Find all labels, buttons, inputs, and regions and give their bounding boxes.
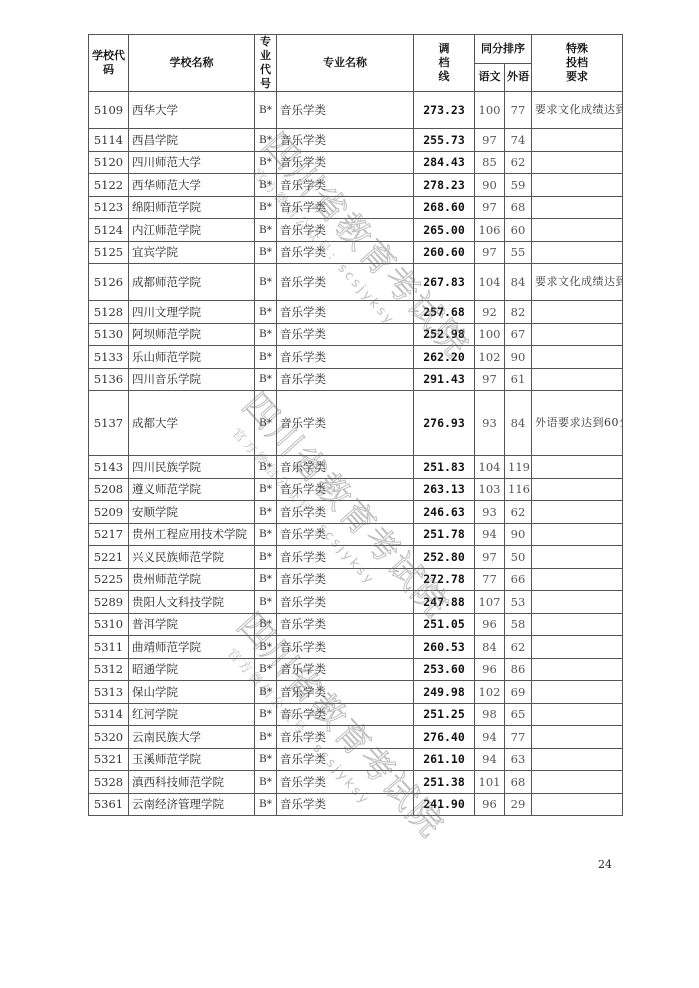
major-name-cell: 音乐学类	[277, 658, 414, 681]
table-row: 5312昭通学院B*音乐学类253.609686	[89, 658, 623, 681]
special-requirement-cell: 要求文化成绩达到省控线上30分	[532, 264, 623, 301]
special-requirement-cell	[532, 368, 623, 391]
cutoff-score-cell: 251.83	[414, 456, 475, 479]
cutoff-score-cell: 272.78	[414, 568, 475, 591]
foreign-rank-cell: 68	[505, 771, 532, 794]
school-name-cell: 四川文理学院	[129, 301, 255, 324]
cutoff-score-cell: 267.83	[414, 264, 475, 301]
major-name-cell: 音乐学类	[277, 301, 414, 324]
major-name-cell: 音乐学类	[277, 368, 414, 391]
table-row: 5136四川音乐学院B*音乐学类291.439761	[89, 368, 623, 391]
major-code-cell: B*	[255, 92, 277, 129]
school-code-cell: 5124	[89, 219, 129, 242]
major-code-cell: B*	[255, 174, 277, 197]
school-name-cell: 四川民族学院	[129, 456, 255, 479]
major-name-cell: 音乐学类	[277, 523, 414, 546]
admissions-table: 学校代码 学校名称 专业代号 专业名称 调档线 同分排序 特殊投档要求 语文 外…	[88, 34, 623, 816]
foreign-rank-cell: 53	[505, 591, 532, 614]
chinese-rank-cell: 100	[475, 323, 505, 346]
foreign-rank-cell: 61	[505, 368, 532, 391]
special-requirement-cell: 外语要求达到60分，要求文化成绩达到省控线上20分	[532, 391, 623, 456]
cutoff-score-cell: 268.60	[414, 196, 475, 219]
header-tie-rank: 同分排序	[475, 35, 532, 64]
chinese-rank-cell: 94	[475, 748, 505, 771]
major-name-cell: 音乐学类	[277, 129, 414, 152]
school-code-cell: 5310	[89, 613, 129, 636]
cutoff-score-cell: 276.93	[414, 391, 475, 456]
table-row: 5314红河学院B*音乐学类251.259865	[89, 703, 623, 726]
major-code-cell: B*	[255, 658, 277, 681]
table-row: 5124内江师范学院B*音乐学类265.0010660	[89, 219, 623, 242]
header-major-name: 专业名称	[277, 35, 414, 92]
chinese-rank-cell: 85	[475, 151, 505, 174]
cutoff-score-cell: 255.73	[414, 129, 475, 152]
school-name-cell: 红河学院	[129, 703, 255, 726]
major-name-cell: 音乐学类	[277, 771, 414, 794]
foreign-rank-cell: 50	[505, 546, 532, 569]
foreign-rank-cell: 62	[505, 636, 532, 659]
school-code-cell: 5289	[89, 591, 129, 614]
major-code-cell: B*	[255, 368, 277, 391]
major-name-cell: 音乐学类	[277, 241, 414, 264]
table-row: 5133乐山师范学院B*音乐学类262.2010290	[89, 346, 623, 369]
special-requirement-cell	[532, 129, 623, 152]
chinese-rank-cell: 97	[475, 129, 505, 152]
header-foreign: 外语	[505, 63, 532, 92]
school-name-cell: 玉溪师范学院	[129, 748, 255, 771]
major-code-cell: B*	[255, 219, 277, 242]
major-name-cell: 音乐学类	[277, 636, 414, 659]
major-name-cell: 音乐学类	[277, 323, 414, 346]
header-school-code: 学校代码	[89, 35, 129, 92]
foreign-rank-cell: 67	[505, 323, 532, 346]
table-row: 5320云南民族大学B*音乐学类276.409477	[89, 726, 623, 749]
major-name-cell: 音乐学类	[277, 456, 414, 479]
special-requirement-cell	[532, 456, 623, 479]
foreign-rank-cell: 29	[505, 793, 532, 816]
chinese-rank-cell: 96	[475, 613, 505, 636]
chinese-rank-cell: 90	[475, 174, 505, 197]
header-school-name: 学校名称	[129, 35, 255, 92]
major-name-cell: 音乐学类	[277, 568, 414, 591]
major-code-cell: B*	[255, 241, 277, 264]
table-row: 5217贵州工程应用技术学院B*音乐学类251.789490	[89, 523, 623, 546]
school-code-cell: 5209	[89, 501, 129, 524]
school-code-cell: 5361	[89, 793, 129, 816]
school-name-cell: 云南民族大学	[129, 726, 255, 749]
major-name-cell: 音乐学类	[277, 703, 414, 726]
major-code-cell: B*	[255, 703, 277, 726]
school-name-cell: 四川师范大学	[129, 151, 255, 174]
major-code-cell: B*	[255, 151, 277, 174]
special-requirement-cell	[532, 681, 623, 704]
chinese-rank-cell: 97	[475, 196, 505, 219]
special-requirement-cell	[532, 151, 623, 174]
cutoff-score-cell: 246.63	[414, 501, 475, 524]
cutoff-score-cell: 251.25	[414, 703, 475, 726]
chinese-rank-cell: 102	[475, 681, 505, 704]
major-code-cell: B*	[255, 129, 277, 152]
major-name-cell: 音乐学类	[277, 219, 414, 242]
chinese-rank-cell: 93	[475, 501, 505, 524]
table-row: 5137成都大学B*音乐学类276.939384外语要求达到60分，要求文化成绩…	[89, 391, 623, 456]
school-code-cell: 5109	[89, 92, 129, 129]
header-cutoff: 调档线	[414, 35, 475, 92]
chinese-rank-cell: 93	[475, 391, 505, 456]
school-name-cell: 贵州工程应用技术学院	[129, 523, 255, 546]
school-code-cell: 5125	[89, 241, 129, 264]
major-code-cell: B*	[255, 323, 277, 346]
special-requirement-cell	[532, 346, 623, 369]
cutoff-score-cell: 251.05	[414, 613, 475, 636]
school-name-cell: 绵阳师范学院	[129, 196, 255, 219]
special-requirement-cell	[532, 726, 623, 749]
school-name-cell: 成都师范学院	[129, 264, 255, 301]
table-row: 5123绵阳师范学院B*音乐学类268.609768	[89, 196, 623, 219]
major-name-cell: 音乐学类	[277, 478, 414, 501]
major-name-cell: 音乐学类	[277, 726, 414, 749]
major-code-cell: B*	[255, 478, 277, 501]
table-row: 5109西华大学B*音乐学类273.2310077要求文化成绩达到省控线上30分	[89, 92, 623, 129]
chinese-rank-cell: 92	[475, 301, 505, 324]
foreign-rank-cell: 58	[505, 613, 532, 636]
cutoff-score-cell: 251.78	[414, 523, 475, 546]
school-code-cell: 5114	[89, 129, 129, 152]
table-row: 5310普洱学院B*音乐学类251.059658	[89, 613, 623, 636]
page-number: 24	[598, 858, 612, 871]
foreign-rank-cell: 69	[505, 681, 532, 704]
school-code-cell: 5221	[89, 546, 129, 569]
table-row: 5125宜宾学院B*音乐学类260.609755	[89, 241, 623, 264]
foreign-rank-cell: 62	[505, 151, 532, 174]
chinese-rank-cell: 96	[475, 793, 505, 816]
table-row: 5361云南经济管理学院B*音乐学类241.909629	[89, 793, 623, 816]
school-name-cell: 滇西科技师范学院	[129, 771, 255, 794]
cutoff-score-cell: 252.80	[414, 546, 475, 569]
cutoff-score-cell: 276.40	[414, 726, 475, 749]
school-code-cell: 5311	[89, 636, 129, 659]
school-name-cell: 内江师范学院	[129, 219, 255, 242]
school-code-cell: 5133	[89, 346, 129, 369]
major-name-cell: 音乐学类	[277, 613, 414, 636]
foreign-rank-cell: 116	[505, 478, 532, 501]
foreign-rank-cell: 84	[505, 391, 532, 456]
major-name-cell: 音乐学类	[277, 92, 414, 129]
chinese-rank-cell: 104	[475, 456, 505, 479]
chinese-rank-cell: 96	[475, 658, 505, 681]
school-name-cell: 成都大学	[129, 391, 255, 456]
school-code-cell: 5328	[89, 771, 129, 794]
header-chinese: 语文	[475, 63, 505, 92]
school-code-cell: 5136	[89, 368, 129, 391]
school-name-cell: 西昌学院	[129, 129, 255, 152]
table-row: 5328滇西科技师范学院B*音乐学类251.3810168	[89, 771, 623, 794]
school-code-cell: 5137	[89, 391, 129, 456]
school-code-cell: 5312	[89, 658, 129, 681]
school-name-cell: 西华师范大学	[129, 174, 255, 197]
chinese-rank-cell: 84	[475, 636, 505, 659]
chinese-rank-cell: 94	[475, 523, 505, 546]
major-name-cell: 音乐学类	[277, 748, 414, 771]
table-row: 5128四川文理学院B*音乐学类257.689282	[89, 301, 623, 324]
school-code-cell: 5313	[89, 681, 129, 704]
foreign-rank-cell: 77	[505, 726, 532, 749]
major-code-cell: B*	[255, 613, 277, 636]
cutoff-score-cell: 278.23	[414, 174, 475, 197]
major-code-cell: B*	[255, 264, 277, 301]
school-code-cell: 5126	[89, 264, 129, 301]
table-row: 5130阿坝师范学院B*音乐学类252.9810067	[89, 323, 623, 346]
cutoff-score-cell: 262.20	[414, 346, 475, 369]
foreign-rank-cell: 59	[505, 174, 532, 197]
chinese-rank-cell: 100	[475, 92, 505, 129]
school-name-cell: 乐山师范学院	[129, 346, 255, 369]
school-code-cell: 5120	[89, 151, 129, 174]
special-requirement-cell	[532, 636, 623, 659]
school-code-cell: 5128	[89, 301, 129, 324]
major-code-cell: B*	[255, 748, 277, 771]
special-requirement-cell	[532, 174, 623, 197]
major-code-cell: B*	[255, 391, 277, 456]
school-name-cell: 云南经济管理学院	[129, 793, 255, 816]
major-code-cell: B*	[255, 523, 277, 546]
school-code-cell: 5130	[89, 323, 129, 346]
school-name-cell: 曲靖师范学院	[129, 636, 255, 659]
major-code-cell: B*	[255, 196, 277, 219]
special-requirement-cell	[532, 501, 623, 524]
major-code-cell: B*	[255, 568, 277, 591]
major-code-cell: B*	[255, 301, 277, 324]
cutoff-score-cell: 257.68	[414, 301, 475, 324]
special-requirement-cell	[532, 301, 623, 324]
header-major-code: 专业代号	[255, 35, 277, 92]
chinese-rank-cell: 104	[475, 264, 505, 301]
major-name-cell: 音乐学类	[277, 546, 414, 569]
chinese-rank-cell: 103	[475, 478, 505, 501]
foreign-rank-cell: 119	[505, 456, 532, 479]
special-requirement-cell	[532, 568, 623, 591]
chinese-rank-cell: 97	[475, 241, 505, 264]
foreign-rank-cell: 86	[505, 658, 532, 681]
table-body: 5109西华大学B*音乐学类273.2310077要求文化成绩达到省控线上30分…	[89, 92, 623, 816]
cutoff-score-cell: 260.60	[414, 241, 475, 264]
school-code-cell: 5143	[89, 456, 129, 479]
major-code-cell: B*	[255, 591, 277, 614]
foreign-rank-cell: 84	[505, 264, 532, 301]
major-code-cell: B*	[255, 501, 277, 524]
major-name-cell: 音乐学类	[277, 501, 414, 524]
special-requirement-cell	[532, 323, 623, 346]
table-row: 5311曲靖师范学院B*音乐学类260.538462	[89, 636, 623, 659]
table-row: 5221兴义民族师范学院B*音乐学类252.809750	[89, 546, 623, 569]
major-code-cell: B*	[255, 456, 277, 479]
cutoff-score-cell: 265.00	[414, 219, 475, 242]
major-code-cell: B*	[255, 681, 277, 704]
special-requirement-cell	[532, 219, 623, 242]
special-requirement-cell	[532, 241, 623, 264]
major-name-cell: 音乐学类	[277, 151, 414, 174]
major-code-cell: B*	[255, 546, 277, 569]
cutoff-score-cell: 249.98	[414, 681, 475, 704]
cutoff-score-cell: 263.13	[414, 478, 475, 501]
table-row: 5209安顺学院B*音乐学类246.639362	[89, 501, 623, 524]
major-name-cell: 音乐学类	[277, 264, 414, 301]
school-name-cell: 遵义师范学院	[129, 478, 255, 501]
school-code-cell: 5208	[89, 478, 129, 501]
school-name-cell: 宜宾学院	[129, 241, 255, 264]
cutoff-score-cell: 261.10	[414, 748, 475, 771]
foreign-rank-cell: 68	[505, 196, 532, 219]
foreign-rank-cell: 65	[505, 703, 532, 726]
major-code-cell: B*	[255, 793, 277, 816]
major-name-cell: 音乐学类	[277, 174, 414, 197]
school-code-cell: 5314	[89, 703, 129, 726]
cutoff-score-cell: 273.23	[414, 92, 475, 129]
cutoff-score-cell: 241.90	[414, 793, 475, 816]
special-requirement-cell	[532, 591, 623, 614]
special-requirement-cell	[532, 748, 623, 771]
school-name-cell: 昭通学院	[129, 658, 255, 681]
school-name-cell: 保山学院	[129, 681, 255, 704]
chinese-rank-cell: 106	[475, 219, 505, 242]
table-header: 学校代码 学校名称 专业代号 专业名称 调档线 同分排序 特殊投档要求 语文 外…	[89, 35, 623, 92]
major-code-cell: B*	[255, 771, 277, 794]
special-requirement-cell	[532, 703, 623, 726]
cutoff-score-cell: 253.60	[414, 658, 475, 681]
school-name-cell: 贵阳人文科技学院	[129, 591, 255, 614]
header-special-requirements: 特殊投档要求	[532, 35, 623, 92]
school-code-cell: 5321	[89, 748, 129, 771]
table-row: 5143四川民族学院B*音乐学类251.83104119	[89, 456, 623, 479]
table-row: 5321玉溪师范学院B*音乐学类261.109463	[89, 748, 623, 771]
special-requirement-cell	[532, 196, 623, 219]
special-requirement-cell	[532, 771, 623, 794]
school-name-cell: 普洱学院	[129, 613, 255, 636]
table-row: 5122西华师范大学B*音乐学类278.239059	[89, 174, 623, 197]
table-row: 5289贵阳人文科技学院B*音乐学类247.8810753	[89, 591, 623, 614]
major-name-cell: 音乐学类	[277, 793, 414, 816]
school-name-cell: 兴义民族师范学院	[129, 546, 255, 569]
table-row: 5120四川师范大学B*音乐学类284.438562	[89, 151, 623, 174]
major-name-cell: 音乐学类	[277, 681, 414, 704]
school-name-cell: 西华大学	[129, 92, 255, 129]
school-name-cell: 四川音乐学院	[129, 368, 255, 391]
foreign-rank-cell: 66	[505, 568, 532, 591]
major-name-cell: 音乐学类	[277, 591, 414, 614]
school-code-cell: 5225	[89, 568, 129, 591]
major-code-cell: B*	[255, 726, 277, 749]
chinese-rank-cell: 97	[475, 368, 505, 391]
chinese-rank-cell: 101	[475, 771, 505, 794]
special-requirement-cell: 要求文化成绩达到省控线上30分	[532, 92, 623, 129]
chinese-rank-cell: 102	[475, 346, 505, 369]
cutoff-score-cell: 247.88	[414, 591, 475, 614]
table-row: 5126成都师范学院B*音乐学类267.8310484要求文化成绩达到省控线上3…	[89, 264, 623, 301]
school-name-cell: 安顺学院	[129, 501, 255, 524]
special-requirement-cell	[532, 523, 623, 546]
chinese-rank-cell: 97	[475, 546, 505, 569]
special-requirement-cell	[532, 613, 623, 636]
special-requirement-cell	[532, 793, 623, 816]
foreign-rank-cell: 63	[505, 748, 532, 771]
special-requirement-cell	[532, 658, 623, 681]
table-row: 5208遵义师范学院B*音乐学类263.13103116	[89, 478, 623, 501]
chinese-rank-cell: 77	[475, 568, 505, 591]
cutoff-score-cell: 251.38	[414, 771, 475, 794]
chinese-rank-cell: 94	[475, 726, 505, 749]
major-name-cell: 音乐学类	[277, 391, 414, 456]
table-row: 5313保山学院B*音乐学类249.9810269	[89, 681, 623, 704]
school-code-cell: 5320	[89, 726, 129, 749]
foreign-rank-cell: 62	[505, 501, 532, 524]
school-name-cell: 阿坝师范学院	[129, 323, 255, 346]
foreign-rank-cell: 90	[505, 523, 532, 546]
foreign-rank-cell: 90	[505, 346, 532, 369]
school-code-cell: 5122	[89, 174, 129, 197]
cutoff-score-cell: 291.43	[414, 368, 475, 391]
foreign-rank-cell: 77	[505, 92, 532, 129]
foreign-rank-cell: 74	[505, 129, 532, 152]
foreign-rank-cell: 82	[505, 301, 532, 324]
major-name-cell: 音乐学类	[277, 196, 414, 219]
major-code-cell: B*	[255, 636, 277, 659]
special-requirement-cell	[532, 478, 623, 501]
cutoff-score-cell: 284.43	[414, 151, 475, 174]
cutoff-score-cell: 260.53	[414, 636, 475, 659]
document-page: 学校代码 学校名称 专业代号 专业名称 调档线 同分排序 特殊投档要求 语文 外…	[0, 0, 699, 988]
chinese-rank-cell: 107	[475, 591, 505, 614]
foreign-rank-cell: 55	[505, 241, 532, 264]
special-requirement-cell	[532, 546, 623, 569]
foreign-rank-cell: 60	[505, 219, 532, 242]
table-row: 5114西昌学院B*音乐学类255.739774	[89, 129, 623, 152]
table-row: 5225贵州师范学院B*音乐学类272.787766	[89, 568, 623, 591]
school-code-cell: 5217	[89, 523, 129, 546]
school-name-cell: 贵州师范学院	[129, 568, 255, 591]
major-code-cell: B*	[255, 346, 277, 369]
cutoff-score-cell: 252.98	[414, 323, 475, 346]
school-code-cell: 5123	[89, 196, 129, 219]
chinese-rank-cell: 98	[475, 703, 505, 726]
major-name-cell: 音乐学类	[277, 346, 414, 369]
